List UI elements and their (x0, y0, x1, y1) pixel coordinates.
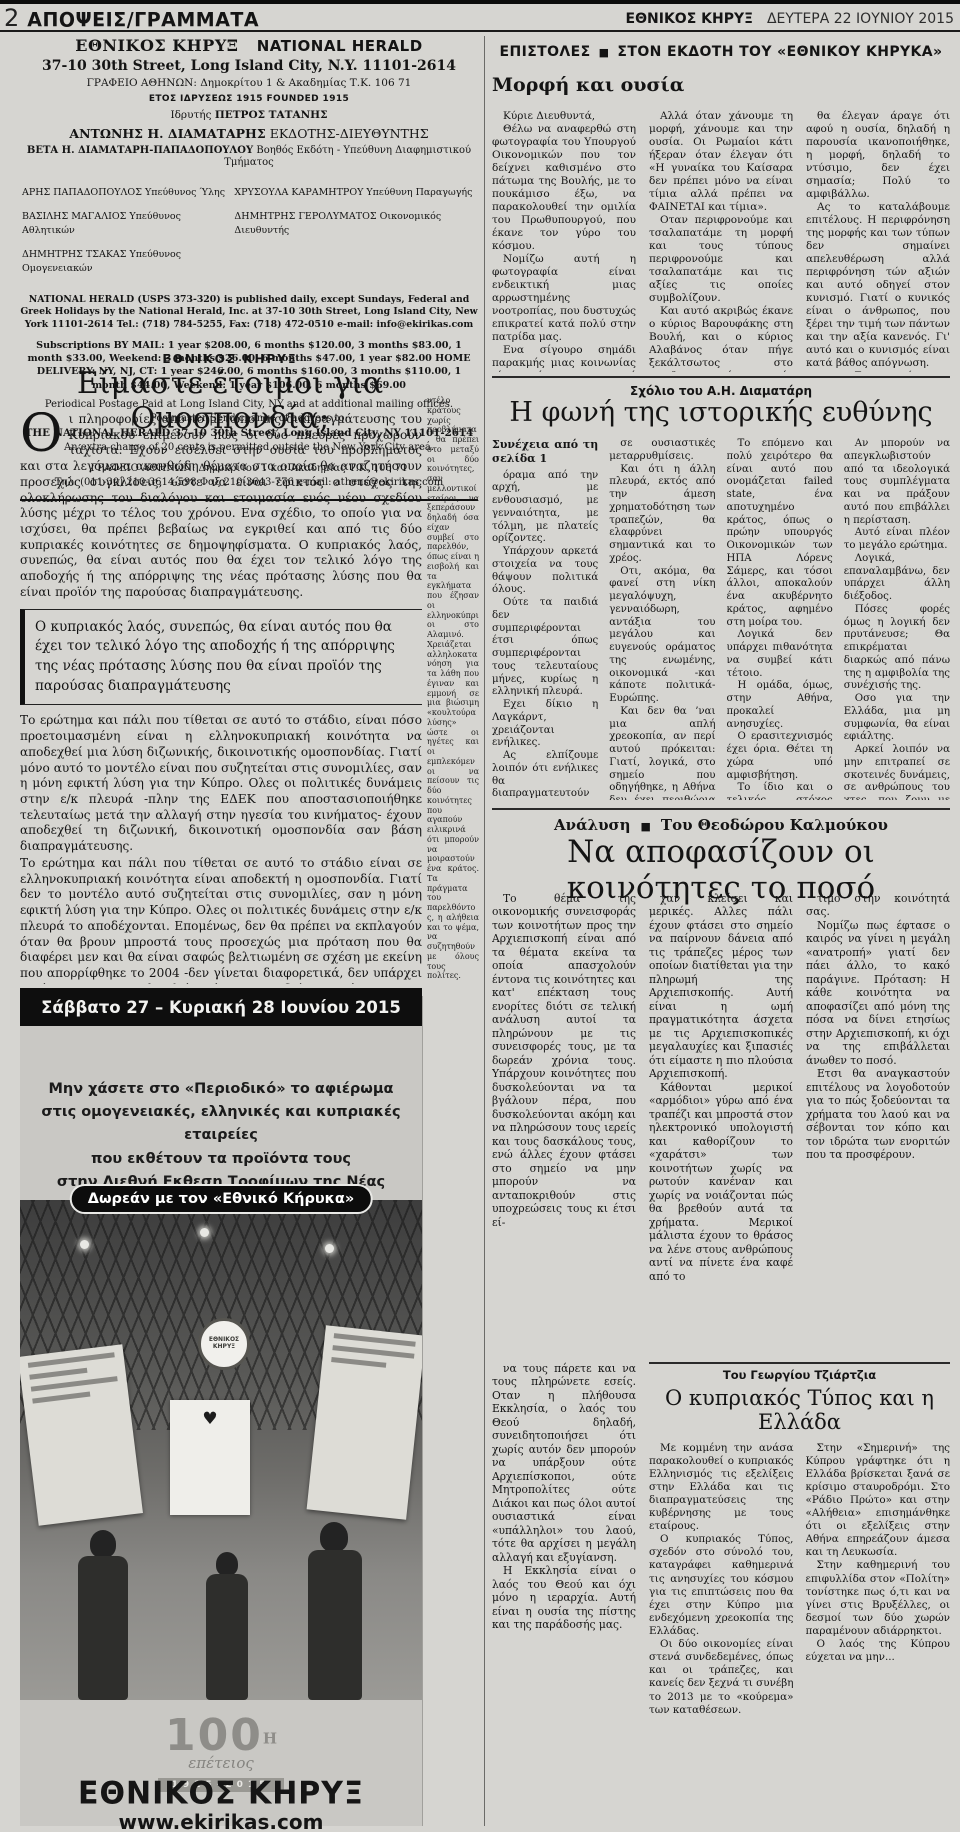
ceiling-light (80, 1240, 89, 1249)
page-number: 2 (4, 4, 19, 32)
editorial-paragraph: Το ερώτημα και πάλι που τίθεται σε αυτό … (20, 713, 422, 854)
comment-col1-text: όραμα από την αρχή, με ενθουσιασμό, με γ… (492, 470, 598, 801)
cyprus-col-2: Στην «Σημερινή» της Κύπρου γράφτηκε ότι … (806, 1442, 951, 1830)
masthead-legal: NATIONAL HERALD (USPS 373-320) is publis… (20, 294, 478, 332)
letter-col3-text: θα έλεγαν άραγε ότι αφού η ουσία, δηλαδή… (806, 110, 950, 370)
masthead-title: ΕΘΝΙΚΟΣ ΚΗΡΥΞ NATIONAL HERALD (20, 36, 478, 56)
masthead-staff: ΑΡΗΣ ΠΑΠΑΔΟΠΟΥΛΟΣ Υπεύθυνος ΎληςΒΑΣΙΛΗΣ … (22, 177, 476, 286)
booth-sign-left (20, 1344, 143, 1526)
cyprus-headline: Ο κυπριακός Τύπος και η Ελλάδα (649, 1386, 950, 1434)
drop-cap: Ο (20, 412, 69, 454)
promo-line: που εκθέτουν τα προϊόντα τους (26, 1148, 416, 1171)
centennial-word: επέτειος (20, 1754, 422, 1772)
bottom-row: να τους πάρετε και να τους πληρώνετε εσε… (492, 1362, 950, 1824)
comment-col-4: Αν μπορούν να απεγκλωβιστούν από τα ιδεο… (844, 438, 950, 800)
section-rule (492, 376, 950, 378)
booth-sign-right (307, 1325, 422, 1519)
editorial-paragraph: Οι πληροφορίες από το μέτωπο της διαπραγ… (20, 412, 422, 601)
ad-brand: ΕΘΝΙΚΟΣ ΚΗΡΥΞ (20, 1775, 422, 1812)
publisher-name: ΑΝΤΩΝΗΣ Η. ΔΙΑΜΑΤΑΡΗΣ (69, 126, 265, 141)
section-title: ΑΠΟΨΕΙΣ/ΓΡΑΜΜΑΤΑ (27, 8, 259, 31)
person-silhouette (206, 1574, 248, 1700)
header-brand: ΕΘΝΙΚΟΣ ΚΗΡΥΞ (626, 11, 753, 27)
tote-bag: ♥ (170, 1400, 250, 1515)
section-bullet: ■ (631, 820, 661, 833)
person-silhouette (78, 1556, 128, 1700)
masthead-athens-office: ΓΡΑΦΕΙΟ ΑΘΗΝΩΝ: Δημοκρίτου 1 & Ακαδημίας… (20, 77, 478, 90)
pull-quote: Ο κυπριακός λαός, συνεπώς, θα είναι αυτό… (20, 609, 422, 706)
founder-label: Ιδρυτής (170, 109, 211, 121)
letter-body: Κύριε Διευθυντά,Θέλω να αναφερθώ στη φωτ… (492, 110, 950, 372)
column-divider (484, 36, 485, 1826)
comment-col-3: Το επόμενο και πολύ χειρότερο θα είναι α… (727, 438, 833, 800)
comment-col4-text: Αν μπορούν να απεγκλωβιστούν από τα ιδεο… (844, 438, 950, 800)
promo-line: Μην χάσετε στο «Περιοδικό» το αφιέρωμα (26, 1078, 416, 1101)
ad-website: www.ekirikas.com (20, 1810, 422, 1832)
cyprus-byline: Του Γεωργίου Τζιάρτζια (649, 1368, 950, 1382)
section-bullet: ■ (591, 46, 618, 59)
person-silhouette (308, 1550, 362, 1700)
analysis-col-2: χαν κλείσει και μερικές. Αλλες πάλι έχου… (649, 892, 793, 1352)
founder-name: ΠΕΤΡΟΣ ΤΑΤΑΝΗΣ (215, 109, 328, 121)
comment-col-1: Συνέχεια από τη σελίδα 1 όραμα από την α… (492, 438, 598, 800)
expo-photo: ΕΘΝΙΚΟΣ ΚΗΡΥΞ ♥ (20, 1200, 422, 1700)
analysis-kicker: Ανάλυση■Του Θεοδώρου Καλμούκου (492, 816, 950, 834)
cyprus-body: Με κομμένη την ανάσα παρακολουθεί ο κυπρ… (649, 1442, 950, 1830)
publisher-title: ΕΚΔΟΤΗΣ-ΔΙΕΥΘΥΝΤΗΣ (270, 126, 429, 141)
editorial-p1: ι πληροφορίες από το μέτωπο της διαπραγμ… (20, 412, 422, 599)
masthead-founded: ΕΤΟΣ ΙΔΡΥΣΕΩΣ 1915 FOUNDED 1915 (20, 94, 478, 105)
comment-col-2: σε ουσιαστικές μεταρρυθμίσεις.Και ότι η … (609, 438, 715, 800)
masthead-title-en: NATIONAL HERALD (257, 37, 423, 55)
letter-col-2: Αλλά όταν χάνουμε τη μορφή, χάνουμε και … (649, 110, 793, 372)
page-header: 2 ΑΠΟΨΕΙΣ/ΓΡΑΜΜΑΤΑ ΕΘΝΙΚΟΣ ΚΗΡΥΞ ΔΕΥΤΕΡΑ… (0, 4, 960, 32)
analysis-body: Το θέμα της οικονομικής συνεισφοράς των … (492, 892, 950, 1352)
assistant-title: Βοηθός Εκδότη - Υπεύθυνη Διαφημιστικού Τ… (224, 145, 471, 169)
cyprus-col-1: Με κομμένη την ανάσα παρακολουθεί ο κυπρ… (649, 1442, 794, 1830)
letter-col-1: Κύριε Διευθυντά,Θέλω να αναφερθώ στη φωτ… (492, 110, 636, 372)
herald-wreath-logo: ΕΘΝΙΚΟΣ ΚΗΡΥΞ (198, 1318, 250, 1370)
section-rule (492, 808, 950, 810)
promo-line: στις ομογενειακές, ελληνικές και κυπριακ… (26, 1101, 416, 1147)
analysis-col-3: τιμο στην κοινότητά σας.Νομίζω πως έφτασ… (806, 892, 950, 1352)
article-rule (649, 1362, 950, 1364)
promo-ad: Σάββατο 27 – Κυριακή 28 Ιουνίου 2015 Μην… (20, 988, 422, 1826)
letters-label-right: ΣΤΟΝ ΕΚΔΟΤΗ ΤΟΥ «ΕΘΝΙΚΟΥ ΚΗΡΥΚΑ» (617, 44, 942, 60)
promo-date-banner: Σάββατο 27 – Κυριακή 28 Ιουνίου 2015 (20, 988, 422, 1026)
comment-body: Συνέχεια από τη σελίδα 1 όραμα από την α… (492, 438, 950, 800)
analysis-continuation: να τους πάρετε και να τους πληρώνετε εσε… (492, 1362, 636, 1824)
letters-section-header: ΕΠΙΣΤΟΛΕΣ■ΣΤΟΝ ΕΚΔΟΤΗ ΤΟΥ «ΕΘΝΙΚΟΥ ΚΗΡΥΚ… (492, 44, 950, 60)
newspaper-page: 2 ΑΠΟΨΕΙΣ/ΓΡΑΜΜΑΤΑ ΕΘΝΙΚΟΣ ΚΗΡΥΞ ΔΕΥΤΕΡΑ… (0, 0, 960, 1832)
masthead-title-gr: ΕΘΝΙΚΟΣ ΚΗΡΥΞ (75, 36, 238, 55)
analysis-author: Του Θεοδώρου Καλμούκου (661, 816, 888, 834)
letters-label: ΕΠΙΣΤΟΛΕΣ (500, 44, 591, 60)
ceiling-light (325, 1244, 334, 1253)
comment-kicker: Σχόλιο του Α.Η. Διαματάρη (492, 384, 950, 398)
person-silhouette (90, 1530, 116, 1558)
masthead-founder: Ιδρυτής ΠΕΤΡΟΣ ΤΑΤΑΝΗΣ (20, 109, 478, 122)
staff-right: ΧΡΥΣΟΥΛΑ ΚΑΡΑΜΗΤΡΟΥ Υπεύθυνη ΠαραγωγήςΔΗ… (234, 177, 476, 286)
masthead-address: 37-10 30th Street, Long Island City, N.Y… (20, 58, 478, 76)
letter-col-3: θα έλεγαν άραγε ότι αφού η ουσία, δηλαδή… (806, 110, 950, 372)
masthead-publisher: ΑΝΤΩΝΗΣ Η. ΔΙΑΜΑΤΑΡΗΣ ΕΚΔΟΤΗΣ-ΔΙΕΥΘΥΝΤΗΣ (20, 126, 478, 142)
header-date: ΔΕΥΤΕΡΑ 22 ΙΟΥΝΙΟΥ 2015 (767, 11, 954, 27)
letter-title: Μορφή και ουσία (492, 74, 792, 96)
analysis-label: Ανάλυση (554, 816, 630, 834)
analysis-col-1: Το θέμα της οικονομικής συνεισφοράς των … (492, 892, 636, 1352)
centennial-sup: Η (263, 1730, 277, 1748)
continued-from-label: Συνέχεια από τη σελίδα 1 (492, 438, 598, 466)
person-silhouette (320, 1522, 348, 1552)
editorial-paragraph: Το ερώτημα και πάλι που τίθεται σε αυτό … (20, 856, 422, 984)
heart-glyph: ♥ (170, 1410, 250, 1429)
ceiling-light (200, 1228, 209, 1237)
assistant-name: ΒΕΤΑ Η. ΔΙΑΜΑΤΑΡΗ-ΠΑΠΑΔΟΠΟΥΛΟΥ (27, 145, 253, 156)
letter-thanks: Ευχαριστώ για τη φιλοξενία. (806, 370, 950, 372)
editorial-continuation-strip: ντέλο κράτους χωρίς προβλήματα, θα πρέπε… (427, 396, 479, 1820)
editorial-kicker: ΕΘΝΙΚΟΣ ΚΗΡΥΞ (20, 352, 440, 366)
cyprus-article: Του Γεωργίου Τζιάρτζια Ο κυπριακός Τύπος… (649, 1362, 950, 1824)
free-with-herald-pill: Δωρεάν με τον «Εθνικό Κήρυκα» (70, 1184, 373, 1214)
masthead-assistant: ΒΕΤΑ Η. ΔΙΑΜΑΤΑΡΗ-ΠΑΠΑΔΟΠΟΥΛΟΥ Βοηθός Εκ… (20, 145, 478, 170)
strip-divider (422, 996, 423, 1826)
person-silhouette (216, 1552, 238, 1576)
staff-left: ΑΡΗΣ ΠΑΠΑΔΟΠΟΥΛΟΣ Υπεύθυνος ΎληςΒΑΣΙΛΗΣ … (22, 177, 234, 286)
editorial-body: Οι πληροφορίες από το μέτωπο της διαπραγ… (20, 412, 422, 984)
comment-headline: Η φωνή της ιστορικής ευθύνης (492, 397, 950, 428)
